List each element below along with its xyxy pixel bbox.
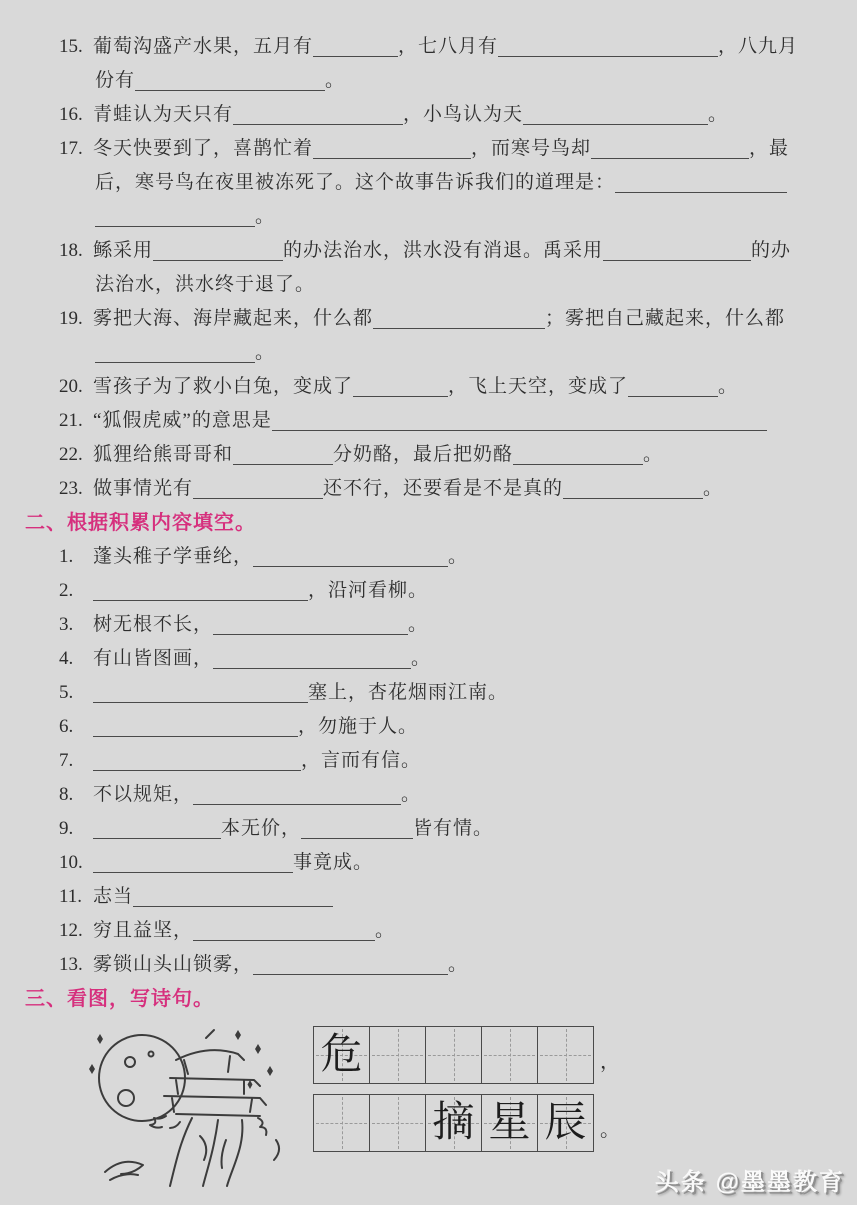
question-line: 4.有山皆图画，。 [25,642,837,676]
question-text: ，勿施于人。 [298,716,418,737]
question-text: 狐狸给熊哥哥和 [93,444,233,465]
section-heading: 二、根据积累内容填空。 [25,506,837,540]
question-text: 。 [448,546,468,567]
question-line: 23.做事情光有还不行，还要看是不是真的。 [25,472,837,506]
question-number: 5. [59,676,93,710]
question-line: 18.鲧采用的办法治水，洪水没有消退。禹采用的办 [25,234,837,268]
question-number: 8. [59,778,93,812]
answer-blank [95,204,255,227]
cliff-icon [105,1118,279,1186]
question-text: ，沿河看柳。 [308,580,428,601]
answer-blank [513,442,643,465]
foliage-icon [150,1116,266,1135]
grid-cell [370,1027,426,1083]
question-text: 不以规矩， [93,784,193,805]
worksheet-page: 15.葡萄沟盛产水果，五月有，七八月有，八九月份有。16.青蛙认为天只有，小鸟认… [0,0,857,1188]
question-text: 雾锁山头山锁雾， [93,954,253,975]
answer-blank [301,816,413,839]
question-line: 。 [25,336,837,370]
question-text: 皆有情。 [413,818,493,839]
answer-blank [253,544,448,567]
answer-blank [313,136,471,159]
grid-cell [426,1027,482,1083]
answer-blank [313,34,398,57]
question-text: 事竟成。 [293,852,373,873]
question-line: 15.葡萄沟盛产水果，五月有，七八月有，八九月 [25,30,837,64]
answer-blank [133,884,333,907]
question-line: 19.雾把大海、海岸藏起来，什么都；雾把自己藏起来，什么都 [25,302,837,336]
answer-blank [233,442,333,465]
question-number: 20. [59,370,93,404]
answer-blank [591,136,749,159]
question-text: 的办 [751,240,791,261]
answer-blank [353,374,448,397]
question-line: 1.蓬头稚子学垂纶，。 [25,540,837,574]
question-number: 4. [59,642,93,676]
question-line: 11.志当 [25,880,837,914]
question-number: 7. [59,744,93,778]
question-number: 10. [59,846,93,880]
grid-cell [314,1095,370,1151]
question-text: ；雾把自己藏起来，什么都 [545,308,785,329]
question-text: 。 [325,70,345,91]
question-line: 6.，勿施于人。 [25,710,837,744]
answer-blank [373,306,545,329]
answer-blank [523,102,708,125]
question-text: 葡萄沟盛产水果，五月有 [93,36,313,57]
question-line: 份有。 [25,64,837,98]
grid-cell: 危 [314,1027,370,1083]
question-text: 。 [411,648,431,669]
answer-blank [193,476,323,499]
answer-blank [563,476,703,499]
question-line: 5.塞上，杏花烟雨江南。 [25,676,837,710]
question-line: 13.雾锁山头山锁雾，。 [25,948,837,982]
grid-punct: 。 [600,1113,620,1142]
question-text: 雾把大海、海岸藏起来，什么都 [93,308,373,329]
question-line: 10.事竟成。 [25,846,837,880]
question-number: 21. [59,404,93,438]
answer-blank [93,816,221,839]
question-text: 冬天快要到了，喜鹊忙着 [93,138,313,159]
question-text: 的办法治水，洪水没有消退。禹采用 [283,240,603,261]
question-line: 3.树无根不长，。 [25,608,837,642]
question-number: 13. [59,948,93,982]
question-text: 树无根不长， [93,614,213,635]
answer-blank [233,102,403,125]
answer-blank [193,782,401,805]
question-text: 。 [408,614,428,635]
question-text: 。 [708,104,728,125]
question-number: 3. [59,608,93,642]
grid-punct: ， [600,1045,620,1074]
question-text: 。 [718,376,738,397]
question-text: 。 [448,954,468,975]
question-text: ，而寒号鸟却 [471,138,591,159]
question-text: “狐假虎威”的意思是 [93,410,272,431]
question-line: 8.不以规矩，。 [25,778,837,812]
answer-blank [213,612,408,635]
grid-cell: 星 [482,1095,538,1151]
grid-row: 摘星辰。 [313,1094,620,1152]
grid-cell [482,1027,538,1083]
question-text: 。 [703,478,723,499]
question-text: 。 [375,920,395,941]
moon-pagoda-mountain-illustration [80,1020,295,1188]
question-line: 16.青蛙认为天只有，小鸟认为天。 [25,98,837,132]
grid-cell: 摘 [426,1095,482,1151]
answer-blank [213,646,411,669]
question-text: 还不行，还要看是不是真的 [323,478,563,499]
answer-blank [93,714,298,737]
question-number: 9. [59,812,93,846]
question-text: ，八九月 [718,36,798,57]
question-text: ，飞上天空，变成了 [448,376,628,397]
question-number: 1. [59,540,93,574]
question-line: 17.冬天快要到了，喜鹊忙着，而寒号鸟却，最 [25,132,837,166]
question-text: ，小鸟认为天 [403,104,523,125]
grid-cells: 危 [313,1026,594,1084]
question-line: 22.狐狸给熊哥哥和分奶酪，最后把奶酪。 [25,438,837,472]
answer-blank [498,34,718,57]
question-text: 。 [255,342,275,363]
question-number: 23. [59,472,93,506]
grid-cell: 辰 [538,1095,593,1151]
answer-blank [93,850,293,873]
question-text: 有山皆图画， [93,648,213,669]
question-text: 鲧采用 [93,240,153,261]
question-line: 7.，言而有信。 [25,744,837,778]
question-line: 2.，沿河看柳。 [25,574,837,608]
question-number: 22. [59,438,93,472]
worksheet-scan: { "doc": { "background": "#d9d9d9", "ink… [0,0,857,1205]
question-text: 法治水，洪水终于退了。 [95,274,315,295]
grid-cell [538,1027,593,1083]
question-number: 12. [59,914,93,948]
grid-row: 危， [313,1026,620,1084]
question-text: 。 [643,444,663,465]
answer-blank [615,170,787,193]
question-line: 20.雪孩子为了救小白兔，变成了，飞上天空，变成了。 [25,370,837,404]
question-text: 做事情光有 [93,478,193,499]
question-line: 12.穷且益坚，。 [25,914,837,948]
question-text: 塞上，杏花烟雨江南。 [308,682,508,703]
question-text: 蓬头稚子学垂纶， [93,546,253,567]
question-line: 21.“狐假虎威”的意思是 [25,404,837,438]
question-line: 。 [25,200,837,234]
question-number: 17. [59,132,93,166]
question-text: 雪孩子为了救小白兔，变成了 [93,376,353,397]
question-text: ，七八月有 [398,36,498,57]
answer-blank [93,680,308,703]
question-number: 6. [59,710,93,744]
question-number: 2. [59,574,93,608]
answer-blank [253,952,448,975]
question-text: 分奶酪，最后把奶酪 [333,444,513,465]
question-text: ，最 [749,138,789,159]
answer-blank [135,68,325,91]
question-text: 本无价， [221,818,301,839]
pagoda-icon [164,1030,266,1116]
question-text: 。 [255,206,275,227]
question-number: 18. [59,234,93,268]
question-text: 。 [401,784,421,805]
question-text: 后，寒号鸟在夜里被冻死了。这个故事告诉我们的道理是： [95,172,615,193]
question-line: 后，寒号鸟在夜里被冻死了。这个故事告诉我们的道理是： [25,166,837,200]
answer-blank [153,238,283,261]
section-heading: 三、看图，写诗句。 [25,982,837,1016]
answer-blank [193,918,375,941]
answer-blank [93,748,301,771]
question-number: 11. [59,880,93,914]
question-text: 穷且益坚， [93,920,193,941]
grid-cell [370,1095,426,1151]
question-text: 份有 [95,70,135,91]
answer-blank [272,408,767,431]
question-text: 青蛙认为天只有 [93,104,233,125]
questions-area: 15.葡萄沟盛产水果，五月有，七八月有，八九月份有。16.青蛙认为天只有，小鸟认… [25,30,837,1016]
question-line: 9.本无价，皆有情。 [25,812,837,846]
answer-blank [95,340,255,363]
question-text: ，言而有信。 [301,750,421,771]
question-number: 19. [59,302,93,336]
question-number: 15. [59,30,93,64]
question-text: 志当 [93,886,133,907]
answer-blank [603,238,751,261]
grid-cells: 摘星辰 [313,1094,594,1152]
watermark: 头条 @墨墨教育 [655,1162,845,1197]
answer-blank [628,374,718,397]
writing-grids: 危，摘星辰。 [313,1026,620,1162]
answer-blank [93,578,308,601]
question-number: 16. [59,98,93,132]
question-line: 法治水，洪水终于退了。 [25,268,837,302]
